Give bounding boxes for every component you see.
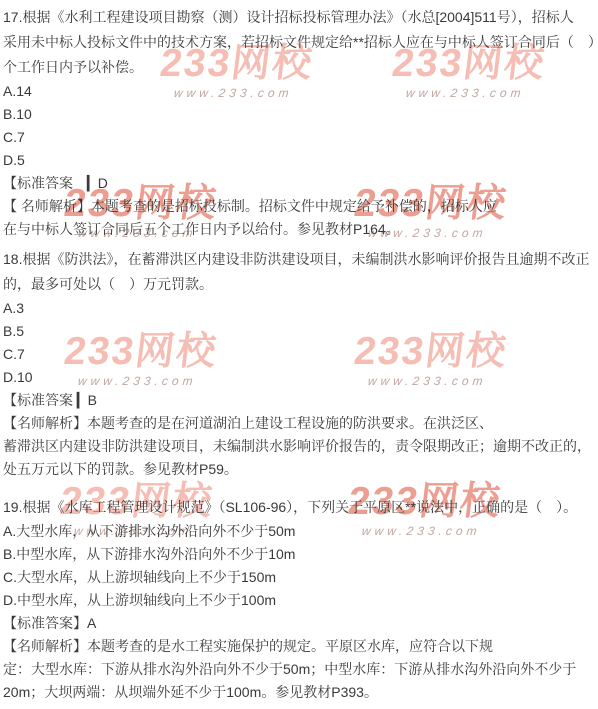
option-b: B.中型水库，从下游排水沟外沿向外不少于10m [3,543,595,566]
standard-answer-19: 【标准答案】A [3,612,595,635]
option-a: A.14 [3,80,595,103]
option-b: B.5 [3,320,595,343]
analysis-line: 【名师解析】本题考查的是在河道湖泊上建设工程设施的防洪要求。在洪泛区、 [3,412,595,435]
analysis-line: 在与中标人签订合同后五个工作日内予以给付。参见教材P164。 [3,218,595,241]
option-d: D.10 [3,366,595,389]
options-17: A.14 B.10 C.7 D.5 [3,80,595,172]
exam-content: 17.根据《水利工程建设项目勘察（测）设计招标投标管理办法》（水总[2004]5… [0,0,598,704]
analysis-17: 【 名师解析】本题考查的是招标投标制。招标文件中规定给予补偿的，招标人应 在与中… [3,195,595,241]
question-block-17: 17.根据《水利工程建设项目勘察（测）设计招标投标管理办法》（水总[2004]5… [3,5,595,241]
option-d: D.中型水库，从上游坝轴线向上不少于100m [3,589,595,612]
option-a: A.3 [3,297,595,320]
question-text-line: 的，最多可处以（ ）万元罚款。 [3,272,595,297]
question-text-line: 19.根据《水库工程管理设计规范》（SL106-96），下列关于平原区**说法中… [3,495,595,520]
option-c: C.7 [3,343,595,366]
question-text-line: 个工作日内予以补偿。 [3,55,595,80]
analysis-line: 20m；大坝两端：从坝端外延不少于100m。参见教材P393。 [3,681,595,704]
option-c: C.7 [3,126,595,149]
analysis-line: 【 名师解析】本题考查的是招标投标制。招标文件中规定给予补偿的，招标人应 [3,195,595,218]
analysis-18: 【名师解析】本题考查的是在河道湖泊上建设工程设施的防洪要求。在洪泛区、 蓄滞洪区… [3,412,595,481]
question-text-17: 17.根据《水利工程建设项目勘察（测）设计招标投标管理办法》（水总[2004]5… [3,5,595,80]
option-a: A.大型水库，从下游排水沟外沿向外不少于50m [3,520,595,543]
question-text-line: 18.根据《防洪法》，在蓄滞洪区内建设非防洪建设项目，未编制洪水影响评价报告且逾… [3,247,595,272]
analysis-line: 蓄滞洪区内建设非防洪建设项目，未编制洪水影响评价报告的，责令限期改正；逾期不改正… [3,435,595,458]
analysis-line: 处五万元以下的罚款。参见教材P59。 [3,458,595,481]
question-text-line: 采用未中标人投标文件中的技术方案，若招标文件规定给**招标人应在与中标人签订合同… [3,30,595,55]
standard-answer-17: 【标准答案 ▎D [3,172,595,195]
question-text-19: 19.根据《水库工程管理设计规范》（SL106-96），下列关于平原区**说法中… [3,495,595,520]
option-d: D.5 [3,149,595,172]
question-text-18: 18.根据《防洪法》，在蓄滞洪区内建设非防洪建设项目，未编制洪水影响评价报告且逾… [3,247,595,297]
question-block-18: 18.根据《防洪法》，在蓄滞洪区内建设非防洪建设项目，未编制洪水影响评价报告且逾… [3,247,595,481]
analysis-19: 【名师解析】本题考查的是水工程实施保护的规定。平原区水库，应符合以下规 定：大型… [3,635,595,704]
question-text-line: 17.根据《水利工程建设项目勘察（测）设计招标投标管理办法》（水总[2004]5… [3,5,595,30]
question-block-19: 19.根据《水库工程管理设计规范》（SL106-96），下列关于平原区**说法中… [3,495,595,704]
standard-answer-18: 【标准答案 ▎B [3,389,595,412]
options-19: A.大型水库，从下游排水沟外沿向外不少于50m B.中型水库，从下游排水沟外沿向… [3,520,595,612]
analysis-line: 定：大型水库：下游从排水沟外沿向外不少于50m；中型水库：下游从排水沟外沿向外不… [3,658,595,681]
analysis-line: 【名师解析】本题考查的是水工程实施保护的规定。平原区水库，应符合以下规 [3,635,595,658]
options-18: A.3 B.5 C.7 D.10 [3,297,595,389]
option-c: C.大型水库，从上游坝轴线向上不少于150m [3,566,595,589]
option-b: B.10 [3,103,595,126]
